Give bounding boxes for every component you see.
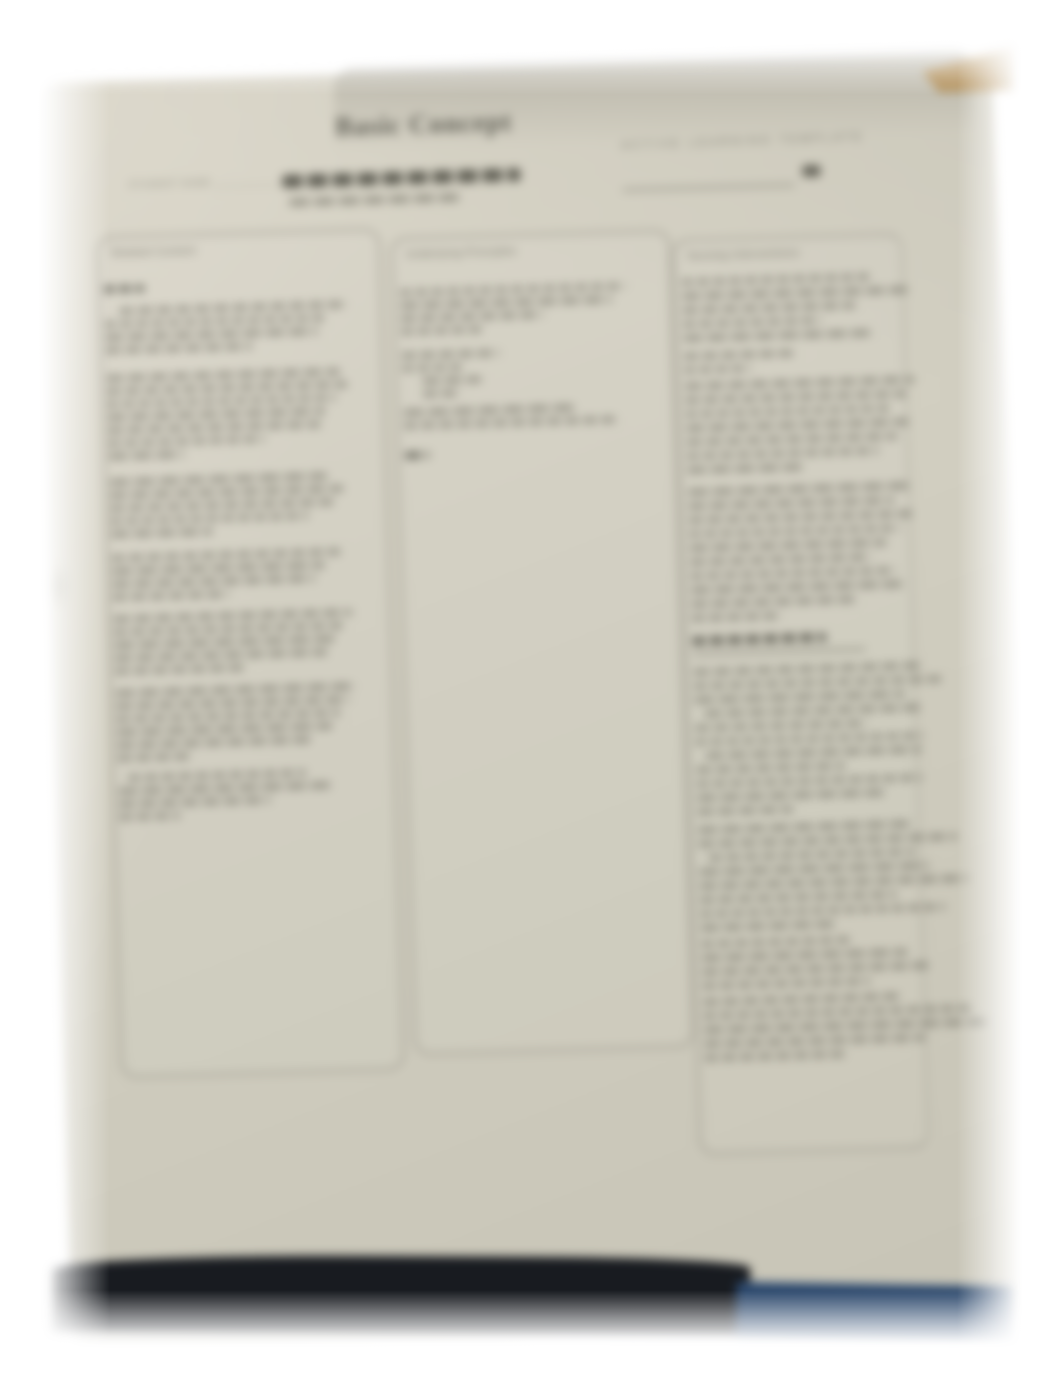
review-chapter-line: [622, 170, 794, 191]
photo-of-worksheet: Basic Concept ACTIVE LEARNING TEMPLATE S…: [0, 0, 1062, 1377]
handwriting-line: [690, 567, 896, 579]
handwriting-line: [110, 485, 344, 498]
handwriting-line: [422, 390, 462, 397]
handwriting-line: [114, 623, 343, 636]
handwriting-line: [689, 525, 900, 537]
handwriting-line: [103, 285, 144, 292]
handwriting-line: [114, 636, 338, 649]
handwriting-line: [683, 317, 822, 327]
handwriting-line: [682, 302, 855, 313]
handwriting-line: [688, 497, 894, 509]
handwriting-line: [702, 949, 908, 961]
handwriting-line: [115, 683, 356, 696]
handwriting-line: [117, 723, 333, 735]
handwriting-line: [116, 696, 350, 709]
handwriting-line: [119, 301, 348, 314]
handwriting-line: [699, 862, 929, 875]
handwriting-line: [402, 364, 466, 372]
handwriting-block: [400, 282, 647, 334]
handwriting-block: [684, 346, 924, 373]
handwriting-line: [696, 763, 845, 773]
page-title: Basic Concept: [334, 106, 512, 142]
handwriting-block: [688, 482, 932, 621]
handwriting-line: [400, 296, 612, 308]
handwriting-line: [688, 483, 909, 496]
handwriting-line: [698, 821, 914, 833]
handwriting-line: [402, 350, 501, 359]
handwriting-block: [693, 662, 937, 815]
handwriting-line: [289, 194, 459, 206]
handwriting-block: [106, 368, 362, 459]
concept-handwriting-2: [289, 194, 459, 213]
handwriting-block: [703, 992, 945, 1061]
handwriting-line: [802, 165, 820, 177]
review-chapter-handwriting: [802, 165, 821, 184]
handwriting-line: [108, 436, 266, 447]
handwriting-line: [691, 612, 782, 621]
handwriting-line: [704, 1034, 925, 1047]
handwriting-line: [704, 1019, 987, 1033]
handwriting-line: [702, 962, 932, 975]
nursing-interventions-header: Nursing Interventions: [688, 244, 901, 262]
desk-edge-navy: [736, 1282, 1017, 1345]
handwriting-line: [700, 904, 945, 917]
handwritten-notes-column-1: [103, 269, 373, 827]
handwriting-line: [691, 596, 859, 607]
underlying-principles-header: Underlying Principles: [405, 241, 668, 261]
handwriting-line: [116, 710, 340, 723]
handwriting-block: [405, 445, 651, 458]
handwriting-line: [117, 753, 193, 761]
handwriting-line: [697, 790, 884, 802]
handwriting-line: [113, 609, 352, 622]
handwriting-line: [689, 539, 886, 551]
handwriting-block: [402, 345, 648, 371]
handwriting-line: [400, 283, 626, 296]
handwriting-line: [282, 168, 520, 188]
handwriting-line: [112, 562, 325, 574]
handwriting-line: [685, 376, 915, 389]
handwriting-line: [693, 676, 943, 689]
handwriting-line: [694, 691, 905, 703]
handwriting-line: [691, 581, 907, 593]
handwriting-line: [119, 812, 180, 820]
handwriting-block: [402, 371, 648, 397]
handwriting-line: [110, 499, 334, 512]
handwriting-line: [115, 664, 247, 674]
handwriting-line: [422, 376, 481, 384]
handwritten-notes-column-3: [681, 268, 944, 1069]
handwriting-line: [695, 720, 868, 731]
handwriting-line: [704, 704, 925, 717]
handwriting-line: [106, 369, 340, 382]
handwriting-block: [403, 402, 649, 415]
handwriting-line: [689, 510, 917, 523]
handwriting-line: [682, 287, 910, 300]
handwriting-block: [692, 630, 932, 655]
handwriting-line: [686, 433, 897, 445]
handwriting-line: [687, 448, 879, 460]
handwriting-line: [108, 451, 184, 459]
related-content-header: Related Content: [111, 239, 378, 259]
handwriting-line: [681, 274, 873, 286]
handwriting-line: [692, 633, 827, 645]
handwriting-line: [107, 408, 326, 420]
handwriting-block: [103, 279, 357, 293]
handwriting-line: [104, 315, 328, 328]
handwriting-line: [683, 330, 870, 342]
concept-handwriting: [282, 168, 520, 195]
handwriting-line: [114, 649, 327, 661]
handwriting-block: [113, 609, 369, 675]
desk-edge-black: [50, 1254, 750, 1338]
handwriting-line: [701, 937, 850, 947]
handwriting-line: [113, 591, 230, 600]
handwriting-block: [698, 820, 941, 931]
handwriting-line: [111, 528, 213, 537]
handwriting-line: [690, 554, 872, 565]
handwriting-block: [681, 272, 923, 341]
handwriting-block: [685, 376, 928, 473]
handwriting-line: [699, 875, 968, 889]
handwriting-line: [693, 662, 923, 675]
handwriting-line: [686, 419, 909, 432]
handwriting-block: [404, 415, 650, 428]
handwriting-line: [696, 774, 922, 787]
handwriting-block: [104, 301, 359, 354]
handwriting-line: [705, 1051, 849, 1061]
worksheet-paper: Basic Concept ACTIVE LEARNING TEMPLATE S…: [33, 54, 1028, 1352]
handwriting-line: [685, 391, 906, 404]
handwriting-line: [112, 575, 315, 587]
handwriting-line: [705, 746, 921, 758]
handwriting-line: [401, 326, 485, 334]
handwriting-line: [708, 849, 914, 861]
handwriting-line: [684, 350, 795, 359]
handwriting-line: [687, 464, 802, 473]
handwriting-line: [110, 513, 308, 525]
handwriting-line: [404, 416, 621, 428]
handwriting-block: [111, 548, 366, 601]
handwriting-line: [109, 473, 328, 485]
handwriting-block: [115, 683, 371, 762]
handwriting-line: [693, 648, 866, 655]
handwriting-line: [684, 365, 751, 373]
handwriting-block: [109, 472, 365, 538]
handwriting-line: [105, 343, 252, 353]
handwriting-line: [685, 405, 891, 417]
handwritten-notes-column-2: [399, 274, 650, 465]
handwriting-line: [703, 993, 900, 1005]
handwriting-line: [697, 806, 793, 815]
handwriting-line: [119, 797, 272, 808]
handwriting-line: [405, 452, 430, 459]
handwriting-line: [107, 395, 336, 408]
handwriting-line: [106, 381, 347, 394]
blurred-photo-content: Basic Concept ACTIVE LEARNING TEMPLATE S…: [0, 0, 1062, 1377]
handwriting-line: [128, 770, 306, 781]
handwriting-line: [400, 311, 543, 321]
handwriting-line: [703, 1005, 972, 1019]
student-name-label: STUDENT NAME ______________: [128, 175, 299, 190]
handwriting-line: [111, 549, 340, 562]
handwriting-line: [700, 891, 897, 903]
handwriting-line: [105, 328, 318, 340]
handwriting-block: [118, 768, 373, 821]
handwriting-line: [695, 732, 923, 745]
handwriting-line: [108, 421, 321, 433]
handwriting-line: [702, 978, 870, 989]
handwriting-line: [403, 405, 575, 416]
handwriting-line: [698, 833, 957, 847]
handwriting-line: [701, 921, 836, 931]
handwriting-line: [118, 782, 334, 794]
handwriting-line: [117, 736, 315, 748]
left-edge-smudge: [44, 560, 70, 612]
handwriting-block: [701, 934, 942, 989]
